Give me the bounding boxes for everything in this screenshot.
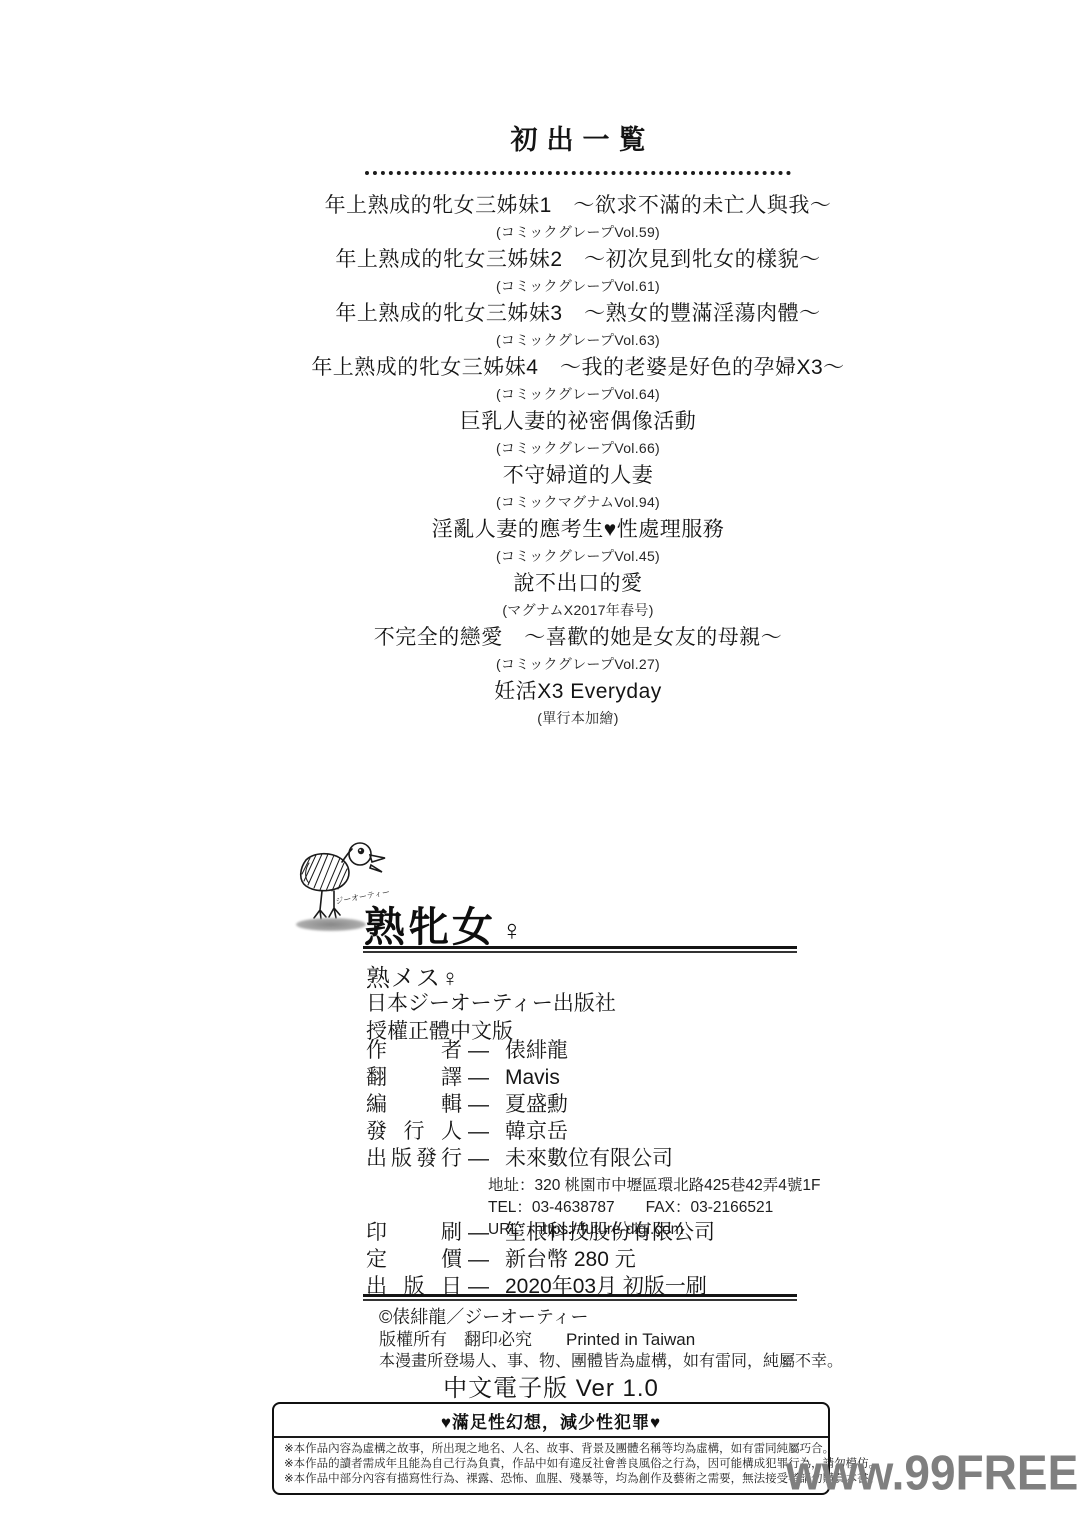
publisher-tel-fax: TEL：03-4638787 FAX：03-2166521	[488, 1197, 820, 1219]
work-source: (マグナムX2017年春号)	[168, 598, 988, 622]
credit-dash: —	[468, 1066, 489, 1089]
work-title: 說不出口的愛	[168, 569, 988, 598]
publication-entry: 年上熟成的牝女三姊妹2 ～初次見到牝女的樣貌～ (コミックグレープVol.61)	[168, 245, 988, 298]
credit-row-editor: 編輯—夏盛勳	[366, 1091, 820, 1118]
credit-row-publisher: 出版發行—未來數位有限公司	[366, 1145, 820, 1172]
work-title: 巨乳人妻的祕密偶像活動	[168, 407, 988, 436]
credit-label: 發行人	[366, 1118, 462, 1145]
work-source: (コミックグレープVol.27)	[168, 652, 988, 676]
dotted-divider	[365, 171, 791, 175]
publication-entry: 說不出口的愛 (マグナムX2017年春号)	[168, 569, 988, 622]
publication-entry: 年上熟成的牝女三姊妹1 ～欲求不滿的未亡人與我～ (コミックグレープVol.59…	[168, 191, 988, 244]
work-source: (コミックマグナムVol.94)	[168, 490, 988, 514]
publisher-address: 地址：320 桃園市中壢區環北路425巷42弄4號1F	[488, 1175, 820, 1197]
work-title: 年上熟成的牝女三姊妹3 ～熟女的豐滿淫蕩肉體～	[168, 299, 988, 328]
credit-label: 作者	[366, 1037, 462, 1064]
credit-value: Mavis	[505, 1066, 560, 1089]
colophon-rule	[363, 1294, 797, 1301]
site-watermark: www.99FREE.cc	[786, 1444, 1080, 1501]
work-title: 妊活X3 Everyday	[168, 677, 988, 706]
license-publisher: 日本ジーオーティー出版社	[366, 990, 616, 1018]
credit-dash: —	[468, 1147, 489, 1170]
work-title: 年上熟成的牝女三姊妹2 ～初次見到牝女的樣貌～	[168, 245, 988, 274]
work-source: (コミックグレープVol.45)	[168, 544, 988, 568]
credit-value: 新台幣 280 元	[505, 1248, 636, 1271]
work-title: 年上熟成的牝女三姊妹4 ～我的老婆是好色的孕婦X3～	[168, 353, 988, 382]
credit-row-price: 定價—新台幣 280 元	[366, 1246, 715, 1273]
credit-label: 定價	[366, 1246, 462, 1273]
credit-label: 編輯	[366, 1091, 462, 1118]
book-title-text: 熟牝女	[364, 904, 496, 950]
credit-dash: —	[468, 1248, 489, 1271]
publication-entry: 不守婦道的人妻 (コミックマグナムVol.94)	[168, 461, 988, 514]
copyright-line: ©俵緋龍／ジーオーティー	[379, 1306, 843, 1329]
credit-value: 未來數位有限公司	[505, 1147, 673, 1170]
notice-line: ※本作品的讀者需成年且能為自己行為負責，作品中如有違反社會善良風俗之行為，因可能…	[284, 1457, 818, 1472]
work-title: 年上熟成的牝女三姊妹1 ～欲求不滿的未亡人與我～	[168, 191, 988, 220]
credit-row-issuer: 發行人—韓京岳	[366, 1118, 820, 1145]
work-source: (コミックグレープVol.64)	[168, 382, 988, 406]
publication-entry: 年上熟成的牝女三姊妹3 ～熟女的豐滿淫蕩肉體～ (コミックグレープVol.63)	[168, 299, 988, 352]
book-title: 熟牝女♀	[364, 894, 526, 953]
first-publication-section: 初出一覧 年上熟成的牝女三姊妹1 ～欲求不滿的未亡人與我～ (コミックグレープV…	[168, 118, 988, 731]
publication-entry: 淫亂人妻的應考生♥性處理服務 (コミックグレープVol.45)	[168, 515, 988, 568]
credits-block: 作者—俵緋龍 翻譯—Mavis 編輯—夏盛勳 發行人—韓京岳 出版發行—未來數位…	[366, 1037, 820, 1241]
work-source: (コミックグレープVol.61)	[168, 274, 988, 298]
notice-line: ※本作品中部分內容有描寫性行為、裸露、恐怖、血腥、殘暴等，均為創作及藝術之需要，…	[284, 1472, 818, 1487]
work-title: 淫亂人妻的應考生♥性處理服務	[168, 515, 988, 544]
title-rule	[363, 946, 797, 953]
notice-box-divider	[274, 1436, 828, 1438]
female-symbol-icon: ♀	[501, 915, 526, 947]
work-title: 不完全的戀愛 ～喜歡的她是女友的母親～	[168, 623, 988, 652]
credits-block-2: 印刷—笙根科技股份有限公司 定價—新台幣 280 元 出版日—2020年03月 …	[366, 1219, 715, 1300]
work-source: (單行本加繪)	[168, 706, 988, 730]
notice-line: ※本作品內容為虛構之故事，所出現之地名、人名、故事、背景及團體名稱等均為虛構，如…	[284, 1442, 818, 1457]
notice-box-title: ♥滿足性幻想，減少性犯罪♥	[284, 1407, 818, 1436]
work-source: (コミックグレープVol.66)	[168, 436, 988, 460]
credit-value: 夏盛勳	[505, 1093, 568, 1116]
credit-dash: —	[468, 1120, 489, 1143]
logo-shadow	[296, 918, 366, 931]
publication-entry: 巨乳人妻的祕密偶像活動 (コミックグレープVol.66)	[168, 407, 988, 460]
credit-value: 韓京岳	[505, 1120, 568, 1143]
work-title: 不守婦道的人妻	[168, 461, 988, 490]
credit-label: 出版發行	[366, 1145, 462, 1172]
digital-version-label: 中文電子版 Ver 1.0	[272, 1368, 830, 1403]
rights-line: 版權所有 翻印必究 Printed in Taiwan	[379, 1329, 843, 1351]
credit-value: 俵緋龍	[505, 1039, 568, 1062]
credit-row-translator: 翻譯—Mavis	[366, 1064, 820, 1091]
credit-row-printer: 印刷—笙根科技股份有限公司	[366, 1219, 715, 1246]
work-source: (コミックグレープVol.63)	[168, 328, 988, 352]
credit-label: 印刷	[366, 1219, 462, 1246]
credit-row-author: 作者—俵緋龍	[366, 1037, 820, 1064]
publication-entry: 妊活X3 Everyday (單行本加繪)	[168, 677, 988, 730]
original-japanese-title: 熟メス♀	[366, 958, 460, 993]
notice-box: ♥滿足性幻想，減少性犯罪♥ ※本作品內容為虛構之故事，所出現之地名、人名、故事、…	[272, 1402, 830, 1495]
publication-entry: 年上熟成的牝女三姊妹4 ～我的老婆是好色的孕婦X3～ (コミックグレープVol.…	[168, 353, 988, 406]
section-heading: 初出一覧	[168, 118, 988, 157]
credit-value: 笙根科技股份有限公司	[505, 1221, 715, 1244]
credit-dash: —	[468, 1039, 489, 1062]
credit-label: 翻譯	[366, 1064, 462, 1091]
work-source: (コミックグレープVol.59)	[168, 220, 988, 244]
publication-entry: 不完全的戀愛 ～喜歡的她是女友的母親～ (コミックグレープVol.27)	[168, 623, 988, 676]
credit-dash: —	[468, 1093, 489, 1116]
copyright-block: ©俵緋龍／ジーオーティー 版權所有 翻印必究 Printed in Taiwan…	[379, 1306, 843, 1373]
publication-list: 年上熟成的牝女三姊妹1 ～欲求不滿的未亡人與我～ (コミックグレープVol.59…	[168, 191, 988, 730]
credit-dash: —	[468, 1221, 489, 1244]
